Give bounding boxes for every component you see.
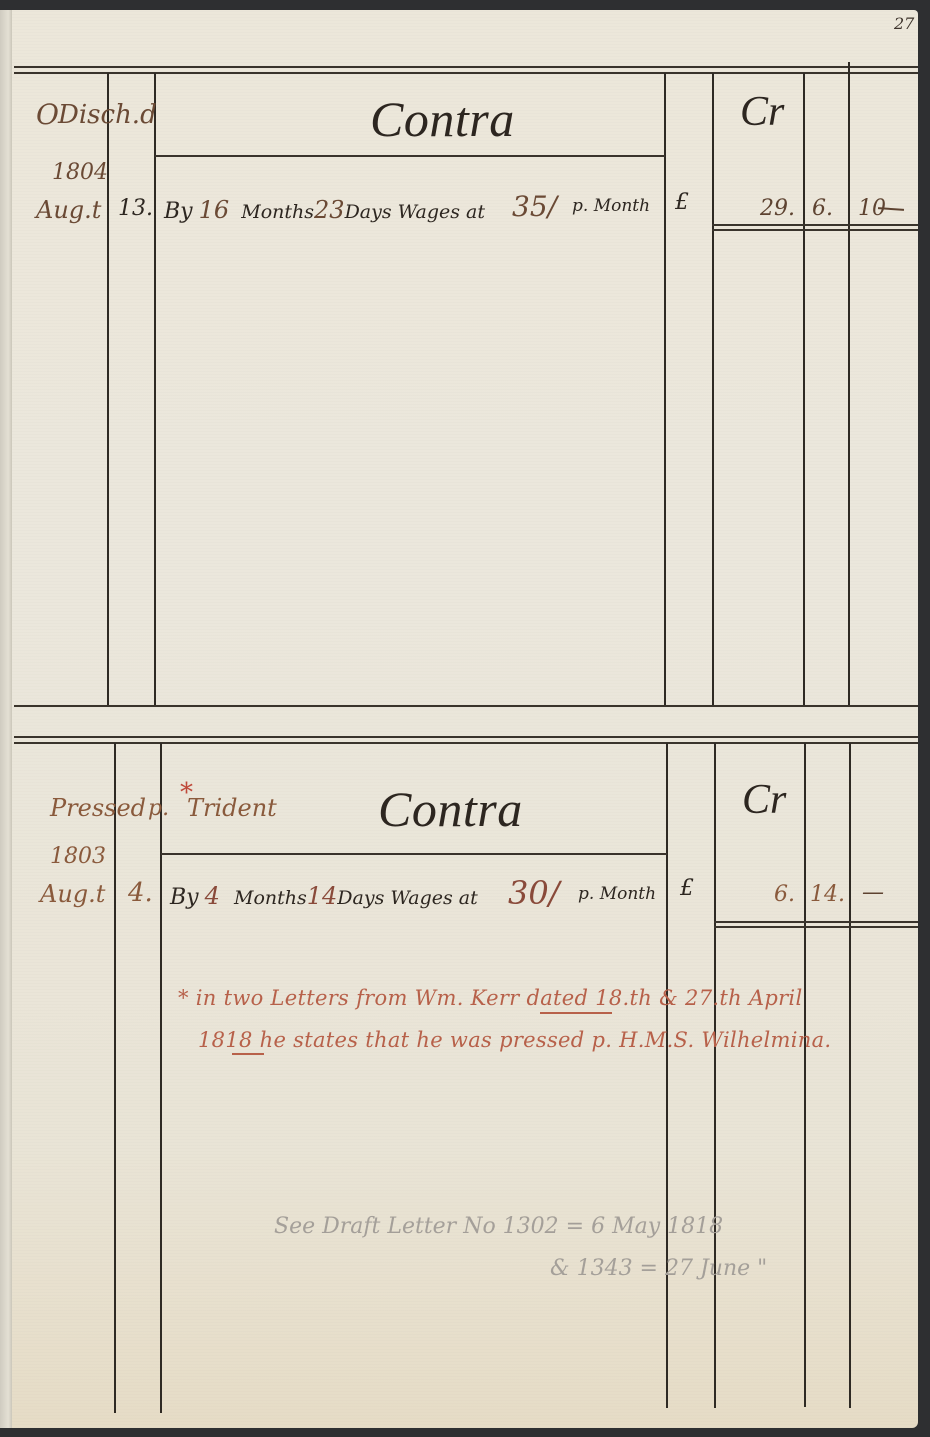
contra-header: Contra — [378, 780, 523, 838]
red-annotation-line-1: * in two Letters from Wm. Kerr dated 18.… — [178, 986, 802, 1010]
page-number: 27 — [894, 14, 914, 33]
entry-day: 13. — [118, 196, 153, 221]
wage-rate: 35/ — [512, 190, 557, 223]
description-column-divider — [664, 73, 666, 705]
months-value: 4 — [205, 882, 220, 910]
upper-top-rule — [14, 66, 918, 68]
upper-total-rule-2 — [712, 229, 918, 231]
currency-symbol: £ — [680, 876, 694, 901]
entry-description: By 16 Months23Days Wages at — [164, 196, 485, 224]
upper-top-rule-2 — [14, 72, 918, 74]
credit-header: Cr — [740, 88, 784, 136]
pencil-note-line-1: See Draft Letter No 1302 = 6 May 1818 — [274, 1214, 723, 1239]
entry-description: By 4 Months14Days Wages at — [170, 882, 478, 910]
shillings-column-divider — [848, 62, 850, 705]
pencil-note-line-2: & 1343 = 27 June " — [550, 1256, 767, 1281]
entry-year: 1804 — [52, 160, 108, 185]
contra-header-text: Contra — [378, 781, 523, 837]
days-value: 14 — [307, 882, 338, 910]
entry-month: Aug.t — [40, 880, 105, 908]
underline-kerr — [540, 1012, 612, 1014]
lower-total-rule-2 — [714, 926, 918, 928]
currency-symbol: £ — [675, 190, 689, 215]
discharged-label: Disch.d — [58, 100, 157, 130]
amount-shillings: 6. — [812, 196, 833, 221]
upper-total-rule — [712, 224, 918, 226]
months-value: 16 — [199, 196, 230, 224]
contra-header-underline — [155, 155, 665, 157]
amount-pounds: 29. — [760, 196, 795, 221]
pounds-column-divider — [804, 743, 806, 1407]
underline-1818 — [232, 1053, 264, 1055]
red-annotation-line-2: 1818 he states that he was pressed p. H.… — [198, 1028, 831, 1052]
shillings-column-divider — [849, 743, 851, 1408]
discharged-mark: O — [36, 98, 59, 131]
by-label: By — [164, 199, 193, 224]
ship-name: Trident — [187, 794, 277, 822]
day-column-divider — [154, 73, 156, 705]
folio-column-divider — [712, 73, 714, 705]
by-label: By — [170, 885, 199, 910]
date-column-divider — [114, 743, 116, 1413]
contra-header-text: Contra — [370, 91, 515, 147]
credit-header: Cr — [742, 776, 786, 824]
months-label: Months — [241, 201, 314, 223]
days-label: Days Wages at — [337, 887, 477, 909]
contra-header: Contra — [370, 90, 515, 148]
lower-total-rule — [714, 921, 918, 923]
rate-per-month: p. Month — [572, 196, 650, 216]
day-column-divider — [160, 743, 162, 1413]
rate-per-month: p. Month — [578, 884, 656, 904]
folio-column-divider — [714, 743, 716, 1408]
months-label: Months — [234, 887, 307, 909]
days-label: Days Wages at — [345, 201, 485, 223]
wage-rate: 30/ — [508, 874, 560, 912]
description-column-divider — [666, 743, 668, 1408]
amount-pounds: 6. — [774, 882, 795, 907]
credit-header-text: Cr — [742, 777, 786, 823]
ship-prefix: p. — [148, 796, 169, 821]
credit-header-text: Cr — [740, 89, 784, 135]
ledger-page: 27 O Disch.d Contra Cr 1804 Aug.t 13. By — [12, 10, 918, 1428]
contra-header-underline — [161, 853, 667, 855]
lower-top-rule-2 — [14, 742, 918, 744]
pressed-label: Pressed — [50, 794, 146, 822]
pounds-column-divider — [803, 73, 805, 705]
entry-year: 1803 — [50, 844, 106, 869]
upper-bottom-rule — [14, 705, 918, 707]
entry-day: 4. — [128, 878, 153, 908]
amount-pence: — — [862, 880, 884, 905]
amount-shillings: 14. — [810, 882, 845, 907]
lower-top-rule — [14, 736, 918, 738]
entry-month: Aug.t — [36, 196, 101, 224]
days-value: 23 — [314, 196, 345, 224]
